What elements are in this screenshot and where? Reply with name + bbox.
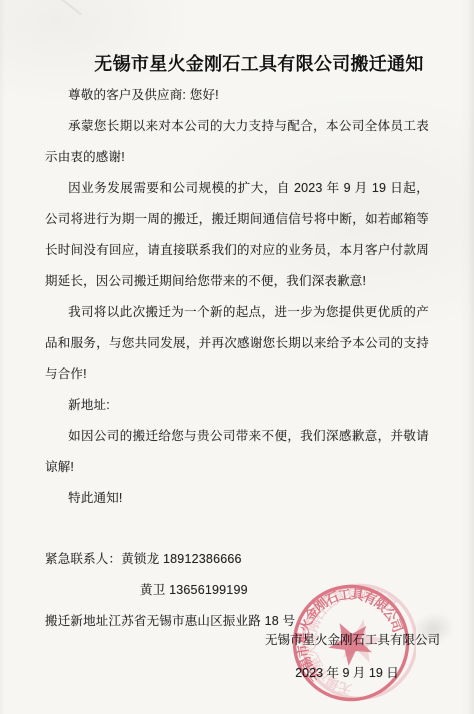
paragraph-new-address-label: 新地址: — [45, 390, 429, 421]
emergency-contact-line-2: 黄卫 13656199199 — [45, 575, 429, 606]
greeting-line: 尊敬的客户及供应商: 您好! — [45, 80, 429, 111]
document-content: 无锡市星火金刚石工具有限公司搬迁通知 尊敬的客户及供应商: 您好! 承蒙您长期以… — [0, 50, 474, 637]
contact-block: 紧急联系人：黄锁龙 18912386666 黄卫 13656199199 搬迁新… — [45, 544, 429, 637]
document-title: 无锡市星火金刚石工具有限公司搬迁通知 — [67, 50, 451, 76]
signature-company-name: 无锡市星火金刚石工具有限公司 — [265, 632, 429, 648]
contact-label: 紧急联系人： — [45, 552, 121, 566]
paragraph-relocation-details: 因业务发展需要和公司规模的扩大，自 2023 年 9 月 19 日起，公司将进行… — [45, 173, 429, 297]
paragraph-notice-closing: 特此通知! — [45, 483, 429, 514]
relocation-notice-page: 无锡市星火金刚石工具有限公司搬迁通知 尊敬的客户及供应商: 您好! 承蒙您长期以… — [0, 0, 474, 714]
contact1-name: 黄锁龙 — [121, 552, 159, 566]
signature-date: 2023 年 9 月 19 日 — [265, 665, 429, 681]
paragraph-apology: 如因公司的搬迁给您与贵公司带来不便，我们深感歉意，并敬请谅解! — [45, 421, 429, 483]
contact2-name: 黄卫 — [140, 583, 165, 597]
document-body: 尊敬的客户及供应商: 您好! 承蒙您长期以来对本公司的大力支持与配合，本公司全体… — [45, 80, 429, 637]
signature-block: 无锡市星火金刚石工具有限公司 2023 年 9 月 19 日 — [265, 632, 429, 681]
paragraph-new-start: 我司将以此次搬迁为一个新的起点，进一步为您提供更优质的产品和服务，与您共同发展，… — [45, 297, 429, 390]
emergency-contact-line: 紧急联系人：黄锁龙 18912386666 — [45, 544, 429, 575]
contact1-phone: 18912386666 — [163, 552, 242, 566]
paragraph-thanks: 承蒙您长期以来对本公司的大力支持与配合，本公司全体员工表示由衷的感谢! — [45, 111, 429, 173]
contact2-phone: 13656199199 — [169, 583, 248, 597]
scan-scratch-artifact — [60, 0, 81, 15]
